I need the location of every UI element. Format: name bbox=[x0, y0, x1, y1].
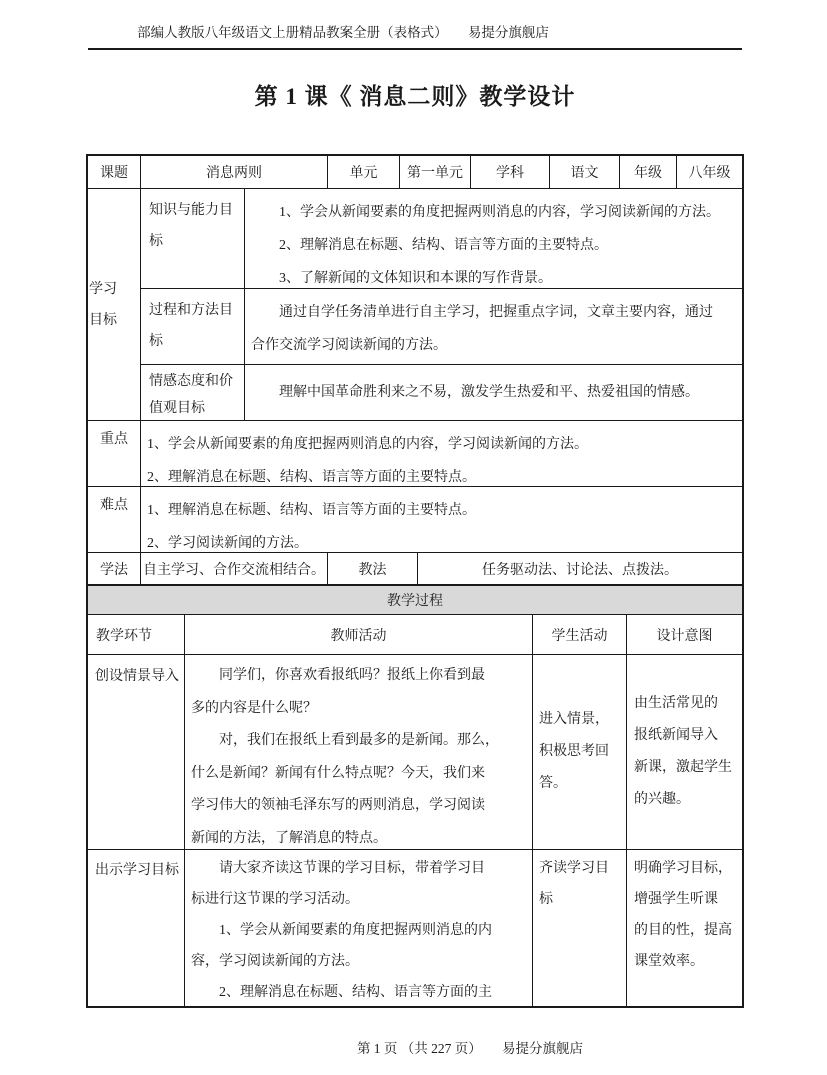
xueke-value-cell: 语文 bbox=[550, 156, 620, 189]
student-activity-goals: 齐读学习目 标 bbox=[533, 850, 627, 1006]
intent-line: 的兴趣。 bbox=[634, 784, 742, 816]
methods-row: 学法 自主学习、合作交流相结合。 教法 任务驱动法、讨论法、点拨法。 bbox=[88, 553, 742, 585]
teacher-activity-goals: 请大家齐读这节课的学习目标，带着学习目 标进行这节课的学习活动。 1、学会从新闻… bbox=[185, 850, 533, 1006]
process-row-intro: 创设情景导入 同学们，你喜欢看报纸吗？报纸上你看到最 多的内容是什么呢？ 对，我… bbox=[88, 655, 742, 850]
intent-line: 的目的性，提高 bbox=[634, 915, 742, 946]
nianji-value-cell: 八年级 bbox=[677, 156, 742, 189]
page-title: 第 1 课《 消息二则》教学设计 bbox=[88, 78, 742, 111]
stage-label-goals: 出示学习目标 bbox=[95, 855, 184, 886]
difficult-points-content: 1、理解消息在标题、结构、语言等方面的主要特点。 2、学习阅读新闻的方法。 bbox=[141, 487, 742, 553]
danyuan-label-cell: 单元 bbox=[328, 156, 400, 189]
emotion-goal-content: 理解中国革命胜利来之不易，激发学生热爱和平、热爱祖国的情感。 bbox=[245, 365, 742, 421]
jiaofa-value-cell: 任务驱动法、讨论法、点拨法。 bbox=[418, 553, 742, 585]
doc-footer: 第 1 页 （共 227 页） 易提分旗舰店 bbox=[88, 1037, 742, 1057]
knowledge-goal-content: 1、学会从新闻要素的角度把握两则消息的内容，学习阅读新闻的方法。 2、理解消息在… bbox=[245, 189, 742, 289]
keti-value-cell: 消息两则 bbox=[141, 156, 328, 189]
doc-footer-text: 第 1 页 （共 227 页） 易提分旗舰店 bbox=[357, 1037, 583, 1057]
teacher-line: 对，我们在报纸上看到最多的是新闻。那么， bbox=[191, 725, 526, 758]
objectives-rows: 知识与能力目标 1、学会从新闻要素的角度把握两则消息的内容，学习阅读新闻的方法。… bbox=[141, 189, 742, 421]
student-activity-intro: 进入情景， 积极思考回 答。 bbox=[533, 655, 627, 850]
knowledge-line-2: 2、理解消息在标题、结构、语言等方面的主要特点。 bbox=[251, 229, 736, 262]
process-section-header-row: 教学过程 bbox=[88, 585, 742, 615]
key-points-label: 重点 bbox=[88, 421, 141, 487]
intent-line: 由生活常见的 bbox=[634, 688, 742, 720]
emotion-goal-label: 情感态度和价值观目标 bbox=[141, 365, 245, 421]
knowledge-goal-label: 知识与能力目标 bbox=[141, 189, 245, 289]
doc-header: 部编人教版八年级语文上册精品教案全册（表格式） 易提分旗舰店 bbox=[88, 0, 742, 50]
design-intent-goals: 明确学习目标， 增强学生听课 的目的性，提高 课堂效率。 bbox=[627, 850, 742, 1006]
doc-header-text: 部编人教版八年级语文上册精品教案全册（表格式） 易提分旗舰店 bbox=[137, 21, 549, 41]
col-header-intent: 设计意图 bbox=[627, 615, 742, 655]
lesson-plan-table: 课题 消息两则 单元 第一单元 学科 语文 年级 八年级 学习目标 知识与能力目… bbox=[86, 154, 744, 1008]
xuefa-label-cell: 学法 bbox=[88, 553, 141, 585]
xueke-label-cell: 学科 bbox=[471, 156, 550, 189]
difficult-point-line-1: 1、理解消息在标题、结构、语言等方面的主要特点。 bbox=[147, 494, 736, 527]
student-line: 齐读学习目 bbox=[539, 853, 626, 884]
keti-label-cell: 课题 bbox=[88, 156, 141, 189]
key-points-content: 1、学会从新闻要素的角度把握两则消息的内容，学习阅读新闻的方法。 2、理解消息在… bbox=[141, 421, 742, 487]
design-intent-intro: 由生活常见的 报纸新闻导入 新课，激起学生 的兴趣。 bbox=[627, 655, 742, 850]
difficult-points-label: 难点 bbox=[88, 487, 141, 553]
intent-line: 新课，激起学生 bbox=[634, 752, 742, 784]
difficult-points-row: 难点 1、理解消息在标题、结构、语言等方面的主要特点。 2、学习阅读新闻的方法。 bbox=[88, 487, 742, 553]
process-method-line-1: 通过自学任务清单进行自主学习，把握重点字词，文章主要内容，通过 bbox=[251, 296, 736, 329]
emotion-line-1: 理解中国革命胜利来之不易，激发学生热爱和平、热爱祖国的情感。 bbox=[251, 376, 736, 409]
knowledge-line-3: 3、了解新闻的文体知识和本课的写作背景。 bbox=[251, 262, 736, 289]
teacher-line: 1、学会从新闻要素的角度把握两则消息的内 bbox=[191, 915, 526, 946]
teacher-line: 容，学习阅读新闻的方法。 bbox=[191, 946, 526, 977]
objective-row-process-method: 过程和方法目标 通过自学任务清单进行自主学习，把握重点字词，文章主要内容，通过 … bbox=[141, 289, 742, 365]
jiaofa-label-cell: 教法 bbox=[328, 553, 418, 585]
objective-row-emotion: 情感态度和价值观目标 理解中国革命胜利来之不易，激发学生热爱和平、热爱祖国的情感… bbox=[141, 365, 742, 421]
stage-cell-intro: 创设情景导入 bbox=[88, 655, 185, 850]
process-row-goals: 出示学习目标 请大家齐读这节课的学习目标，带着学习目 标进行这节课的学习活动。 … bbox=[88, 850, 742, 1006]
objectives-label: 学习目标 bbox=[88, 274, 118, 336]
process-method-goal-label: 过程和方法目标 bbox=[141, 289, 245, 365]
stage-cell-goals: 出示学习目标 bbox=[88, 850, 185, 1006]
teacher-activity-intro: 同学们，你喜欢看报纸吗？报纸上你看到最 多的内容是什么呢？ 对，我们在报纸上看到… bbox=[185, 655, 533, 850]
intent-line: 课堂效率。 bbox=[634, 946, 742, 977]
teacher-line: 同学们，你喜欢看报纸吗？报纸上你看到最 bbox=[191, 660, 526, 693]
teacher-line: 标进行这节课的学习活动。 bbox=[191, 884, 526, 915]
process-section-header: 教学过程 bbox=[88, 585, 742, 615]
col-header-stage: 教学环节 bbox=[88, 615, 185, 655]
nianji-label-cell: 年级 bbox=[620, 156, 677, 189]
col-header-teacher: 教师活动 bbox=[185, 615, 533, 655]
objectives-label-cell: 学习目标 bbox=[88, 189, 141, 421]
key-points-row: 重点 1、学会从新闻要素的角度把握两则消息的内容，学习阅读新闻的方法。 2、理解… bbox=[88, 421, 742, 487]
danyuan-value-cell: 第一单元 bbox=[400, 156, 471, 189]
teacher-line: 学习伟大的领袖毛泽东写的两则消息，学习阅读 bbox=[191, 790, 526, 823]
process-method-goal-content: 通过自学任务清单进行自主学习，把握重点字词，文章主要内容，通过 合作交流学习阅读… bbox=[245, 289, 742, 365]
student-line: 进入情景， bbox=[539, 704, 626, 736]
student-line: 标 bbox=[539, 884, 626, 915]
objective-row-knowledge: 知识与能力目标 1、学会从新闻要素的角度把握两则消息的内容，学习阅读新闻的方法。… bbox=[141, 189, 742, 289]
student-line: 答。 bbox=[539, 768, 626, 800]
info-row: 课题 消息两则 单元 第一单元 学科 语文 年级 八年级 bbox=[88, 156, 742, 189]
teacher-line: 2、理解消息在标题、结构、语言等方面的主 bbox=[191, 977, 526, 1006]
key-point-line-1: 1、学会从新闻要素的角度把握两则消息的内容，学习阅读新闻的方法。 bbox=[147, 428, 736, 461]
intent-line: 明确学习目标， bbox=[634, 853, 742, 884]
intent-line: 报纸新闻导入 bbox=[634, 720, 742, 752]
col-header-student: 学生活动 bbox=[533, 615, 627, 655]
knowledge-line-1: 1、学会从新闻要素的角度把握两则消息的内容，学习阅读新闻的方法。 bbox=[251, 196, 736, 229]
student-line: 积极思考回 bbox=[539, 736, 626, 768]
stage-label-intro: 创设情景导入 bbox=[95, 661, 184, 693]
teacher-line: 什么是新闻？新闻有什么特点呢？今天，我们来 bbox=[191, 758, 526, 791]
difficult-point-line-2: 2、学习阅读新闻的方法。 bbox=[147, 527, 736, 553]
key-point-line-2: 2、理解消息在标题、结构、语言等方面的主要特点。 bbox=[147, 461, 736, 487]
intent-line: 增强学生听课 bbox=[634, 884, 742, 915]
objectives-block: 学习目标 知识与能力目标 1、学会从新闻要素的角度把握两则消息的内容，学习阅读新… bbox=[88, 189, 742, 421]
teacher-line: 多的内容是什么呢？ bbox=[191, 693, 526, 726]
xuefa-value-cell: 自主学习、合作交流相结合。 bbox=[141, 553, 328, 585]
process-method-line-2: 合作交流学习阅读新闻的方法。 bbox=[251, 329, 736, 362]
teacher-line: 新闻的方法，了解消息的特点。 bbox=[191, 823, 526, 851]
document-page: 部编人教版八年级语文上册精品教案全册（表格式） 易提分旗舰店 第 1 课《 消息… bbox=[0, 0, 827, 1075]
teacher-line: 请大家齐读这节课的学习目标，带着学习目 bbox=[191, 853, 526, 884]
process-columns-row: 教学环节 教师活动 学生活动 设计意图 bbox=[88, 615, 742, 655]
